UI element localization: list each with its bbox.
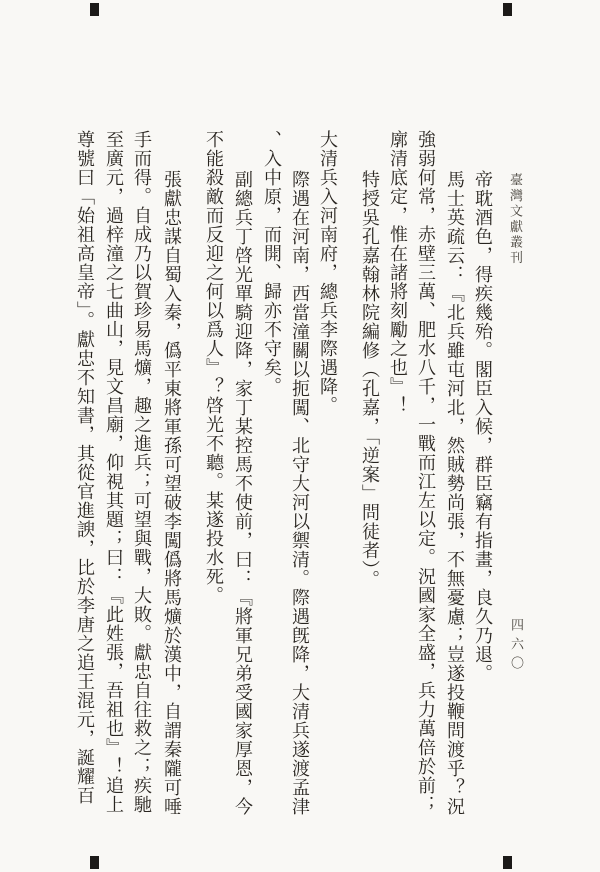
text-column: 馬士英疏云：『北兵雖屯河北，然賊勢尚張，不無憂慮；豈遂投鞭問渡乎？況 <box>441 170 469 816</box>
print-mark <box>90 856 99 869</box>
text-column: 際遇在河南，西當潼關以扼闖、北守大河以禦清。際遇旣降，大清兵遂渡孟津 <box>286 170 314 816</box>
print-mark <box>90 3 99 16</box>
print-mark <box>503 3 512 16</box>
text-column: 強弱何常，赤壁三萬、肥水八千，一戰而江左以定。況國家全盛，兵力萬倍於前； <box>412 130 440 814</box>
text-column: 帝耽酒色，得疾幾殆。閣臣入候，群臣竊有指畫，良久乃退。 <box>469 170 497 683</box>
text-column: 張獻忠謀自蜀入秦，僞平東將軍孫可望破李闖僞將馬爌於漢中，自謂秦隴可唾 <box>158 170 186 816</box>
text-column: 手而得。自成乃以賀珍易馬爌，趣之進兵；可望與戰，大敗。獻忠自往救之；疾馳 <box>128 130 156 814</box>
text-column: 不能殺敵而反迎之何以爲人』？啓光不聽。某遂投水死。 <box>200 130 228 605</box>
text-column: 、入中原，而開、歸亦不守矣。 <box>258 130 286 396</box>
print-mark <box>503 856 512 869</box>
text-column: 特授吳孔嘉翰林院編修（孔嘉，「逆案」問徒者）。 <box>356 170 384 589</box>
page-number: 四六〇 <box>507 618 526 675</box>
text-column: 大清兵入河南府，總兵李際遇降。 <box>314 130 342 415</box>
series-title: 臺灣文獻叢刊 <box>506 173 525 266</box>
text-column: 尊號曰「始祖高皇帝」。獻忠不知書，其從官進諛，比於李唐之追王混元，誕耀百 <box>71 130 99 805</box>
text-column: 副總兵丁啓光單騎迎降，家丁某控馬不使前，曰：『將軍兄弟受國家厚恩，今 <box>229 170 257 816</box>
text-column: 至廣元，過梓潼之七曲山，見文昌廟，仰視其題；曰：『此姓張，吾祖也』！追上 <box>100 130 128 814</box>
text-column: 廓清底定，惟在諸將刻勵之也』！ <box>384 130 412 415</box>
